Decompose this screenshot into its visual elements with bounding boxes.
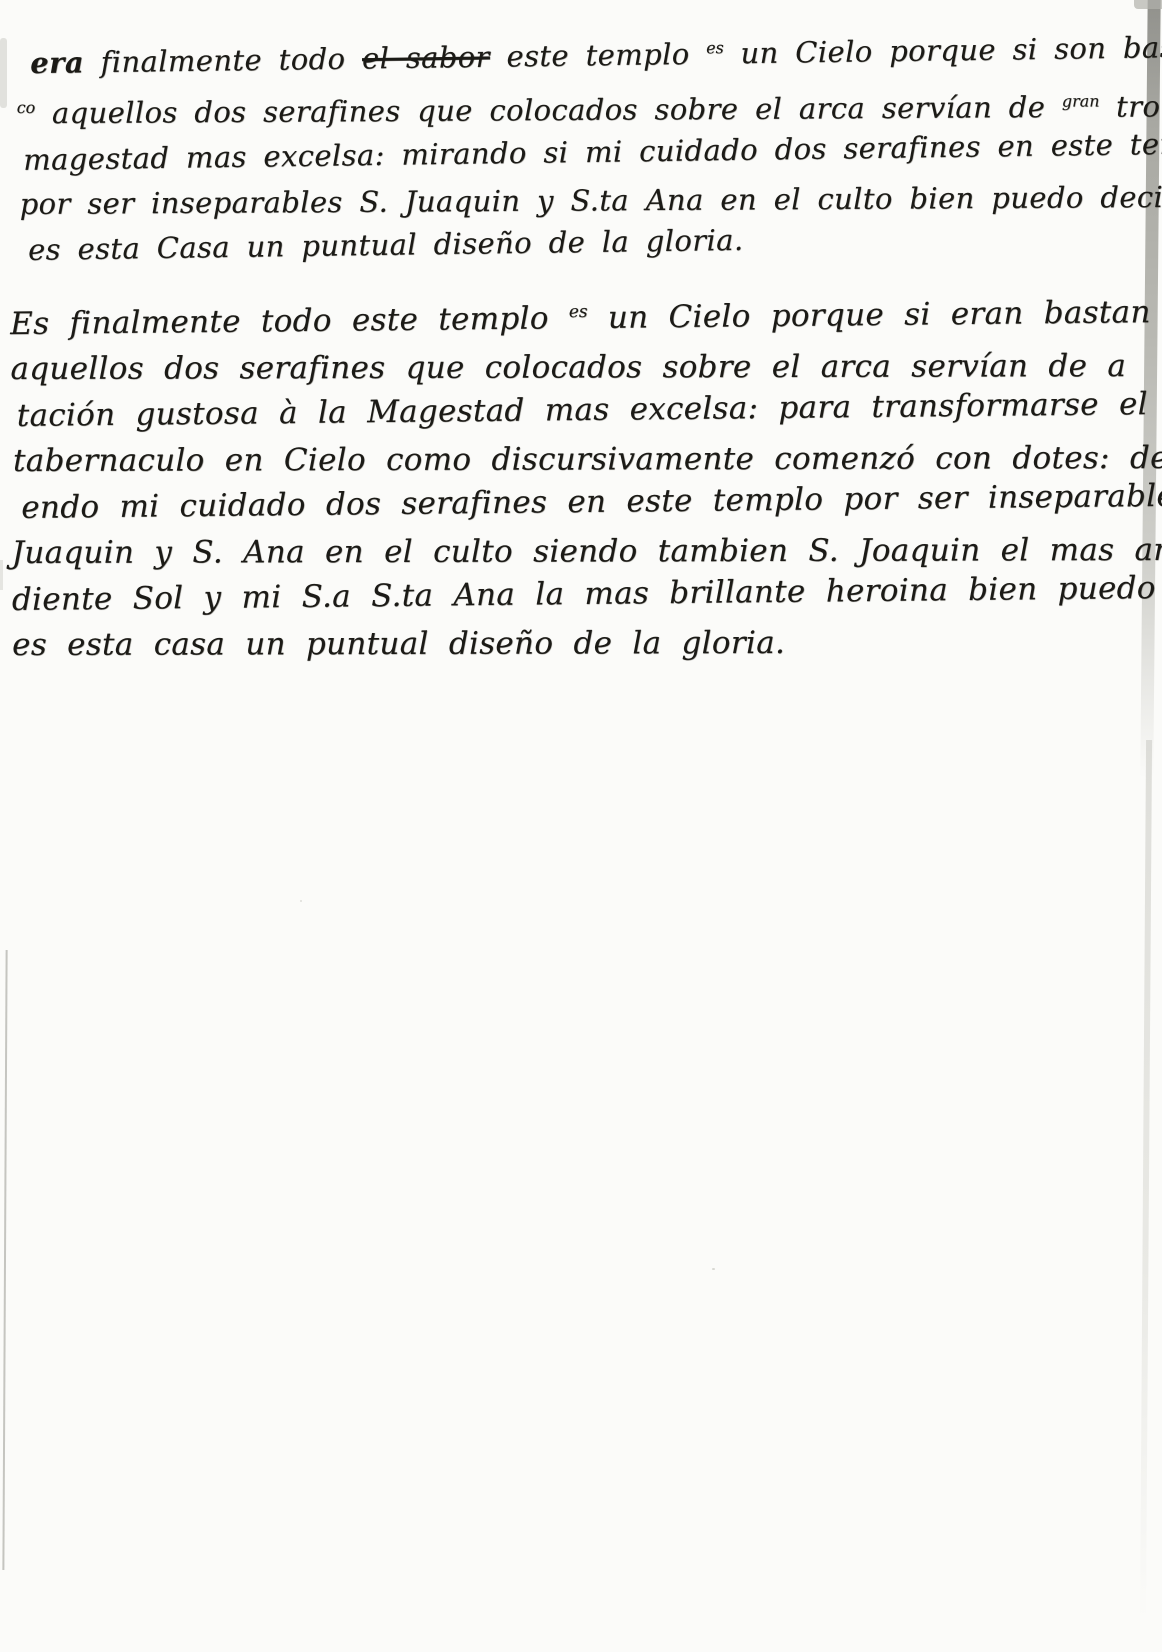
scan-dash-left bbox=[0, 560, 3, 590]
manuscript-text: Es finalmente todo este templo bbox=[10, 300, 569, 342]
scan-gutter-shadow-right-lower bbox=[1140, 740, 1152, 1620]
scan-edge-line-left bbox=[2, 950, 7, 1570]
manuscript-text: es esta Casa un puntual diseño de la glo… bbox=[28, 223, 744, 267]
scan-corner-mark bbox=[1134, 0, 1162, 9]
manuscript-line: es esta casa un puntual diseño de la glo… bbox=[12, 619, 1162, 668]
manuscript-line: Es finalmente todo este templo es un Cie… bbox=[10, 281, 1162, 347]
manuscript-text: tabernaculo en Cielo como discursivament… bbox=[13, 440, 1162, 479]
manuscript-line: era finalmente todo el sabor este templo… bbox=[16, 17, 1162, 86]
manuscript-text: un Cielo porque si son bastantes bbox=[724, 29, 1162, 71]
manuscript-text-sup: gran bbox=[1062, 92, 1100, 111]
manuscript-text: trono à la bbox=[1099, 89, 1162, 124]
manuscript-text: tación gustosa à la Magestad mas excelsa… bbox=[17, 386, 1148, 434]
manuscript-paragraph-1: era finalmente todo el sabor este templo… bbox=[16, 22, 1162, 272]
manuscript-text: aquellos dos serafines que colocados sob… bbox=[10, 348, 1126, 387]
manuscript-text-heavy: era bbox=[30, 45, 84, 80]
manuscript-text: un Cielo porque si eran bastan bbox=[587, 294, 1150, 336]
manuscript-text-sup: es bbox=[569, 302, 588, 322]
manuscript-text-strike: el sabor bbox=[362, 40, 490, 76]
manuscript-text: este templo bbox=[490, 37, 707, 74]
manuscript-text-sup: co bbox=[17, 98, 36, 117]
scan-speck bbox=[300, 900, 302, 902]
manuscript-text: finalmente todo bbox=[84, 42, 362, 80]
manuscript-text-sup: es bbox=[706, 38, 724, 57]
manuscript-scan-page: era finalmente todo el sabor este templo… bbox=[0, 0, 1162, 1652]
scan-speck bbox=[712, 1268, 715, 1270]
manuscript-paragraph-2: Es finalmente todo este templo es un Cie… bbox=[10, 286, 1162, 668]
manuscript-text: diente Sol y mi S.a S.ta Ana la mas bril… bbox=[12, 568, 1162, 618]
manuscript-text: Juaquin y S. Ana en el culto siendo tamb… bbox=[12, 532, 1162, 571]
manuscript-text: endo mi cuidado dos serafines en este te… bbox=[21, 477, 1162, 526]
manuscript-text: es esta casa un puntual diseño de la glo… bbox=[12, 625, 785, 663]
scan-smudge-left bbox=[0, 38, 7, 108]
